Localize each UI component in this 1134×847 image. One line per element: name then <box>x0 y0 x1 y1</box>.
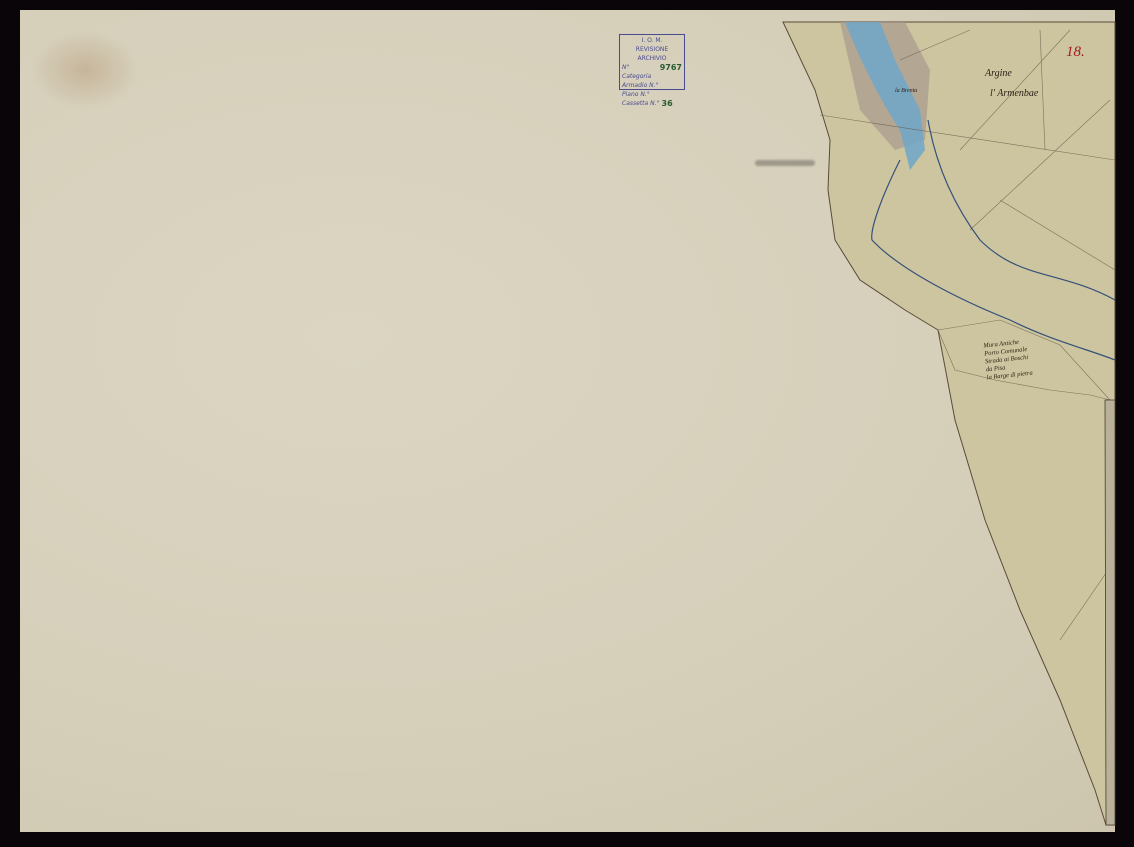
mapped-area <box>783 22 1115 825</box>
cassetta-value: 36 <box>662 99 673 108</box>
folded-edge <box>1105 400 1115 825</box>
map-note: Mura Antiche Porto Comunale Strada ai Bo… <box>983 338 1033 383</box>
cassetta-label: Cassetta N.° <box>622 99 660 108</box>
sheet-number: 18. <box>1066 44 1085 61</box>
stamp-line2: REVISIONE ARCHIVIO <box>622 45 682 63</box>
stamp-line1: I. O. M. <box>622 36 682 45</box>
armadio-label: Armadio N.° <box>622 81 659 90</box>
river-label: la Brenta <box>895 88 917 94</box>
categoria-label: N° Categoria <box>622 63 658 81</box>
map-drawing <box>0 0 1134 847</box>
region-label: l' Armenbae <box>990 88 1038 99</box>
region-label: Argine <box>985 68 1012 79</box>
piano-label: Piano N.° <box>622 90 650 99</box>
archive-stamp: I. O. M. REVISIONE ARCHIVIO N° Categoria… <box>619 34 685 90</box>
categoria-value: 9767 <box>660 63 682 81</box>
